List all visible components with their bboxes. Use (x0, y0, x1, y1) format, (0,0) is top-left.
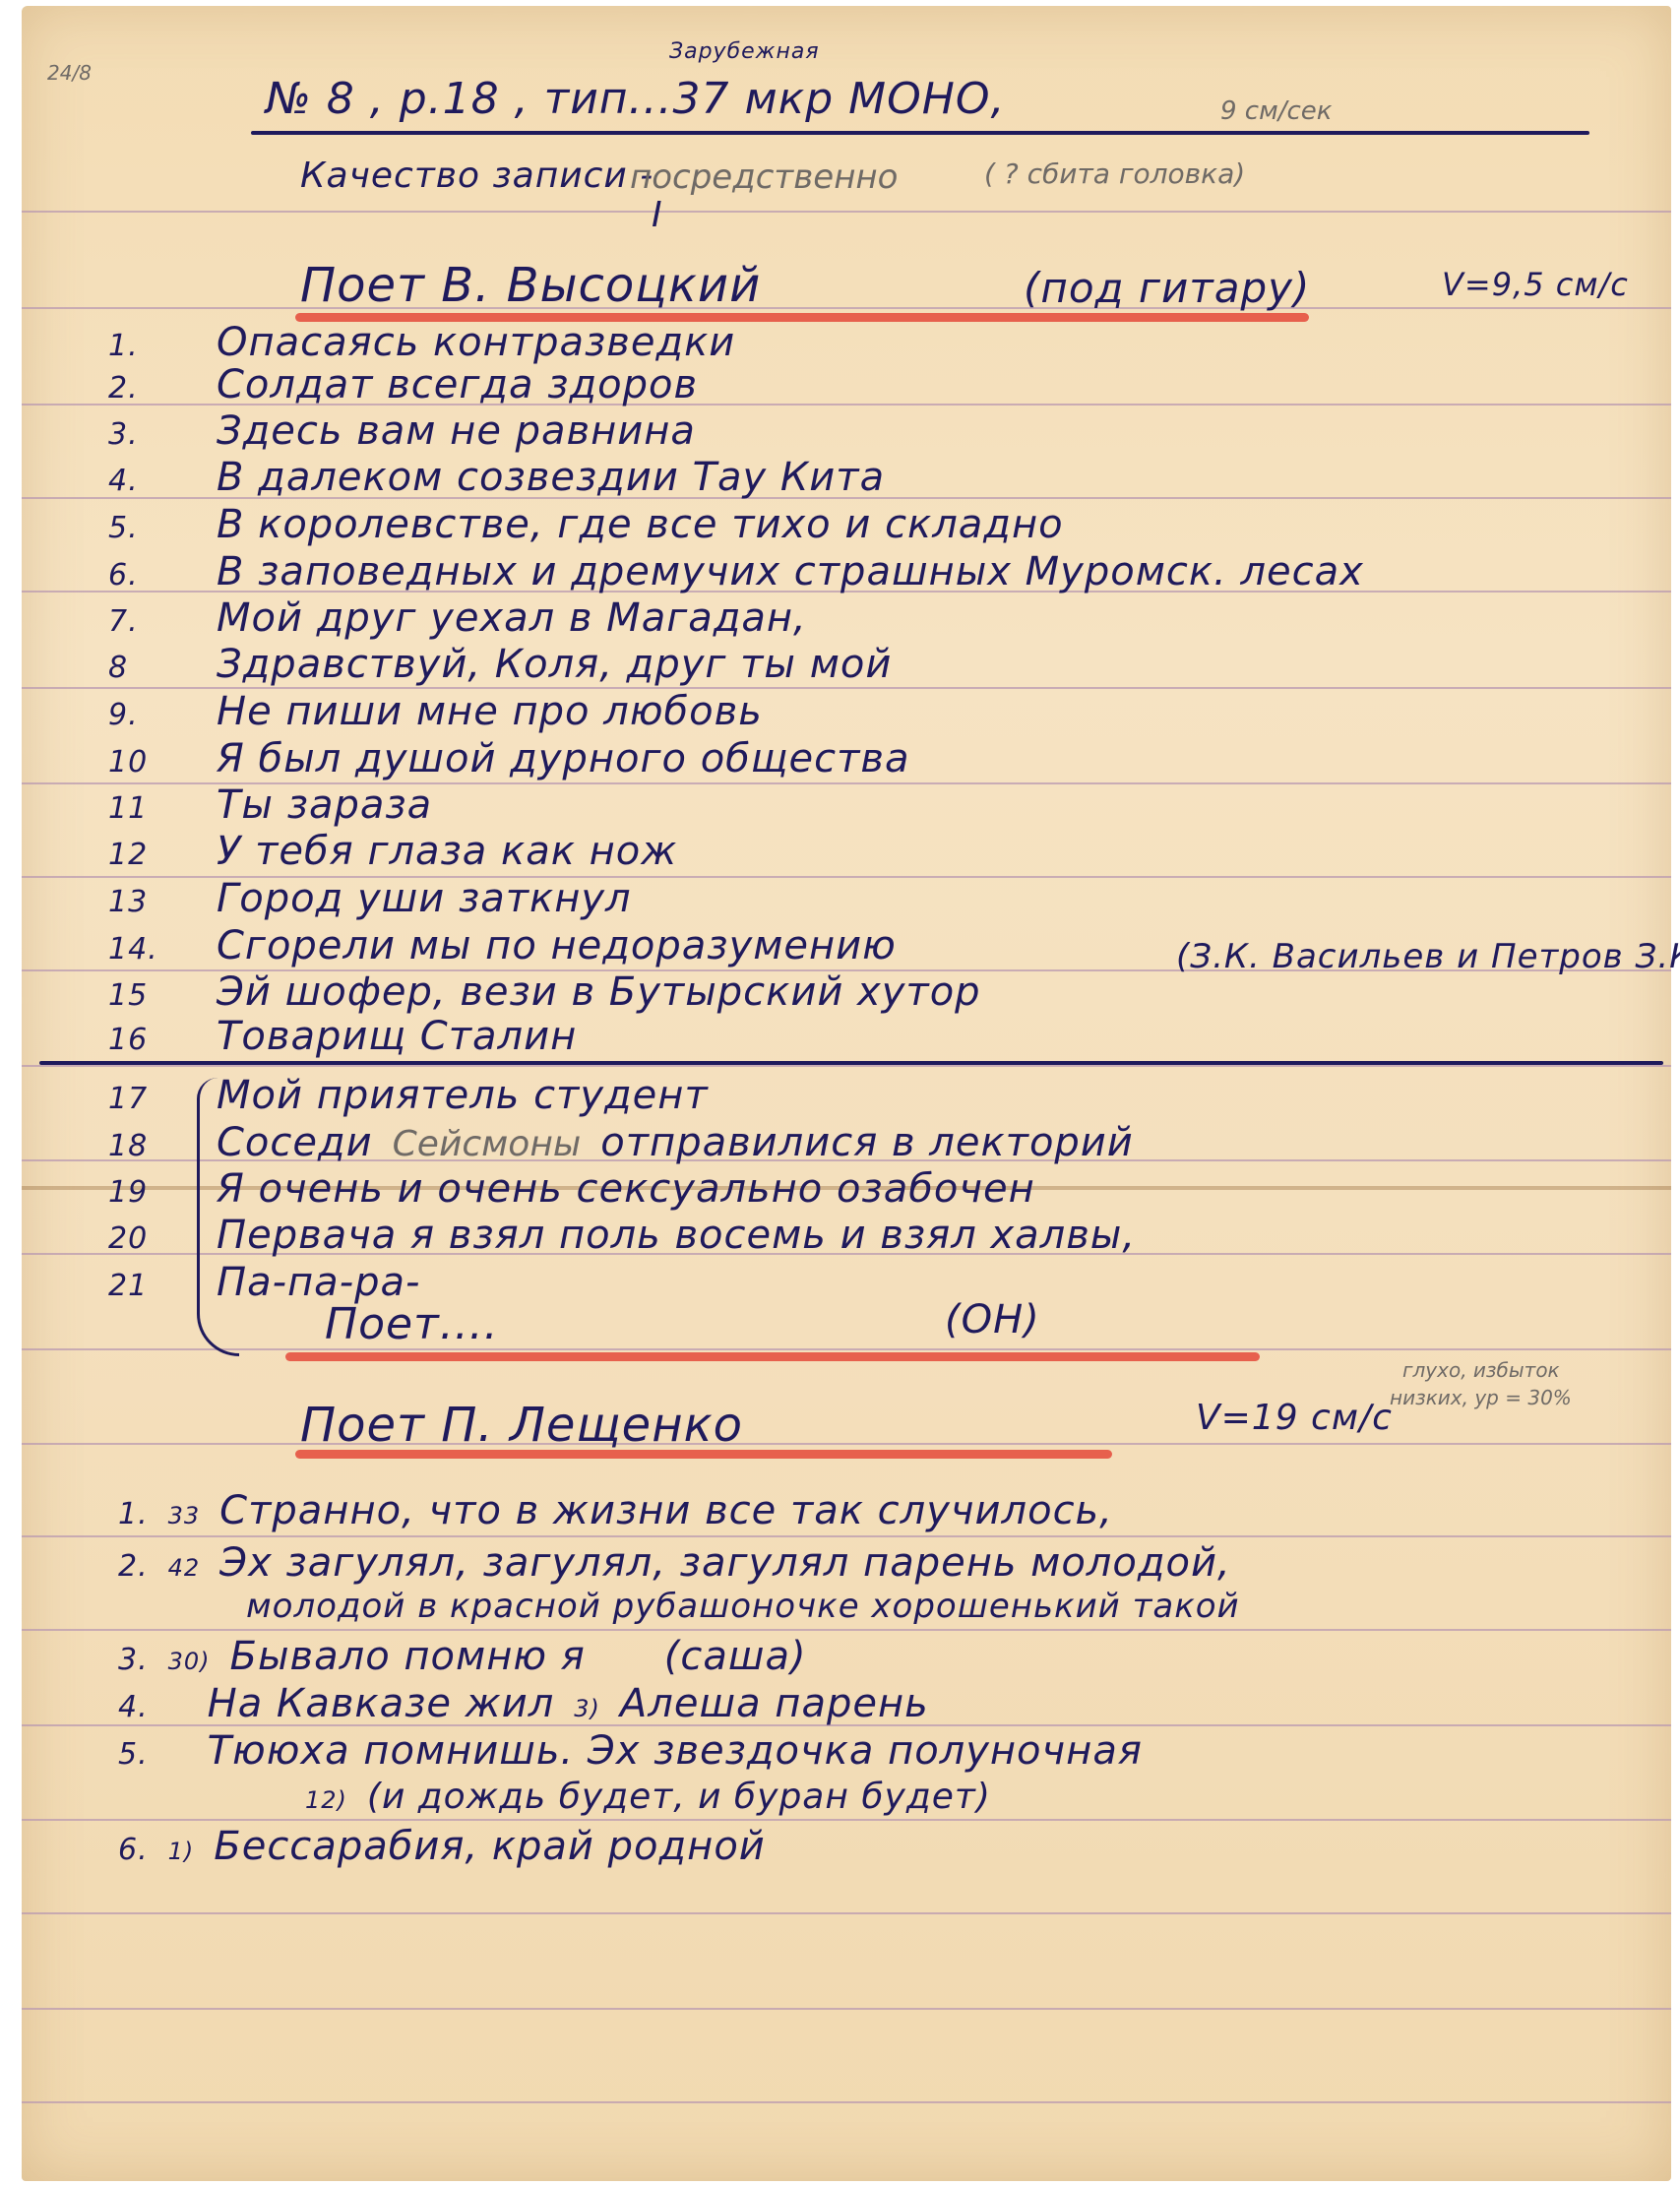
song-number: 8 (108, 651, 197, 685)
section2-heading: Поет П. Лещенко (300, 1398, 743, 1453)
section1-heading: Поет В. Высоцкий (300, 258, 761, 313)
ruled-line (22, 1912, 1671, 1914)
song-item: 6.В заповедных и дремучих страшных Муром… (108, 549, 1364, 594)
song-number: 6. (118, 1833, 149, 1867)
song-title: Первача я взял поль восемь и взял халвы, (217, 1213, 1136, 1258)
ruled-line (22, 1443, 1671, 1445)
song-number: 7. (108, 604, 197, 639)
ruled-line (22, 2008, 1671, 2010)
song-item: 19Я очень и очень сексуально озабочен (108, 1166, 1035, 1212)
song-title: Мой приятель студент (217, 1073, 709, 1118)
song-item: 8Здравствуй, Коля, друг ты мой (108, 642, 892, 687)
song-number: 17 (108, 1082, 197, 1116)
song-title: Соседи (217, 1120, 373, 1165)
song-title: В заповедных и дремучих страшных Муромск… (217, 549, 1364, 594)
song-item: 7.Мой друг уехал в Магадан, (108, 595, 807, 641)
song-title: Эх загулял, загулял, загулял парень моло… (219, 1540, 1231, 1586)
song-item: 10Я был душой дурного общества (108, 736, 910, 781)
song-number: 16 (108, 1023, 197, 1057)
song-title: Опасаясь контразведки (217, 320, 735, 365)
song-item: 4.На Кавказе жил3)Алеша парень (118, 1681, 929, 1726)
song-item: 3.30)Бывало помню я(саша) (118, 1634, 807, 1679)
song-item: 3.Здесь вам не равнина (108, 408, 696, 454)
song-duration: 30) (168, 1648, 211, 1675)
song-number: 2. (118, 1549, 149, 1584)
song-title: Город уши заткнул (217, 876, 632, 921)
song-title: Солдат всегда здоров (217, 362, 698, 407)
song-item: 17Мой приятель студент (108, 1073, 709, 1118)
song-number: 11 (108, 791, 197, 826)
song-number: 1. (118, 1497, 149, 1531)
song-item: 18СоседиСейсмоныотправилися в лекторий (108, 1120, 1134, 1165)
song-duration: 42 (168, 1554, 201, 1582)
song-title: На Кавказе жил (208, 1681, 555, 1726)
ruled-line (22, 1065, 1671, 1067)
song-duration: 12) (305, 1786, 347, 1814)
song-title: молодой в красной рубашоночке хорошеньки… (246, 1587, 1240, 1626)
song-number: 13 (108, 885, 197, 919)
red-underline (295, 1450, 1112, 1459)
ruled-line (22, 1535, 1671, 1537)
song-title: Бывало помню я (230, 1634, 586, 1679)
song-number: 3. (118, 1643, 149, 1677)
song-item: 14.Сгорели мы по недоразумению (108, 923, 897, 968)
song-title: Сгорели мы по недоразумению (217, 923, 897, 968)
section2-speed: V=19 см/с (1196, 1398, 1393, 1438)
song-number: 12 (108, 838, 197, 872)
song-title: Тююха помнишь. Эх звездочка полуночная (208, 1728, 1143, 1774)
song-number: 19 (108, 1175, 197, 1210)
ruled-line (22, 1819, 1671, 1821)
quality-label: Качество записи - (300, 156, 653, 196)
song-title: В королевстве, где все тихо и складно (217, 502, 1064, 547)
song-title: В далеком созвездии Тау Кита (217, 455, 885, 500)
song-item: 6.1)Бессарабия, край родной (118, 1824, 766, 1869)
song-duration: 33 (168, 1502, 201, 1529)
song-title: Странно, что в жизни все так случилось, (219, 1488, 1113, 1533)
song-item: 1.Опасаясь контразведки (108, 320, 735, 365)
song-number: 14. (108, 932, 197, 967)
song-item: 4.В далеком созвездии Тау Кита (108, 455, 885, 500)
song-item: 5.Тююха помнишь. Эх звездочка полуночная (118, 1728, 1143, 1774)
song-number: 3. (108, 417, 197, 452)
song-item: 11Ты зараза (108, 782, 432, 828)
song-note: (З.К. Васильев и Петров З.К) (1176, 937, 1680, 976)
song-item: 1.33Странно, что в жизни все так случило… (118, 1488, 1113, 1533)
song-number: 5. (118, 1737, 149, 1772)
section1-heading-note: (под гитару) (1024, 264, 1310, 312)
song-item: 2.42Эх загулял, загулял, загулял парень … (118, 1540, 1231, 1586)
song-title: Здравствуй, Коля, друг ты мой (217, 642, 892, 687)
section1-speed: V=9,5 см/с (1442, 266, 1629, 303)
song-item: 12)(и дождь будет, и буран будет) (305, 1777, 991, 1817)
ruled-line (22, 1348, 1671, 1350)
song-title: Я был душой дурного общества (217, 736, 910, 781)
song-item: 20Первача я взял поль восемь и взял халв… (108, 1213, 1136, 1258)
song-note: (саша) (664, 1634, 807, 1679)
separator-line (39, 1061, 1663, 1065)
top-annotation: Зарубежная (669, 39, 820, 64)
song-duration: 3) (574, 1695, 600, 1722)
quality-comment: ( ? сбита головка) (984, 157, 1245, 190)
song-number: 18 (108, 1129, 197, 1163)
song-number: 21 (108, 1269, 197, 1303)
ruled-line (22, 211, 1671, 213)
group-footer-note: (ОН) (945, 1297, 1040, 1342)
song-title: Ты зараза (217, 782, 432, 828)
margin-note: глухо, избыток (1402, 1358, 1560, 1382)
song-title: У тебя глаза как нож (217, 829, 677, 874)
ruled-line (22, 1629, 1671, 1631)
pencil-word: Сейсмоны (393, 1124, 582, 1164)
song-item: 12У тебя глаза как нож (108, 829, 677, 874)
ruled-line (22, 2101, 1671, 2103)
song-item: 16Товарищ Сталин (108, 1014, 577, 1059)
quality-value: посредственно (630, 157, 898, 197)
song-number: 9. (108, 698, 197, 732)
section-numeral: I (652, 195, 663, 235)
song-title: Мой друг уехал в Магадан, (217, 595, 807, 641)
song-title: (и дождь будет, и буран будет) (367, 1777, 991, 1817)
song-title-rest: Алеша парень (620, 1681, 929, 1726)
song-title: Товарищ Сталин (217, 1014, 577, 1059)
red-underline (285, 1352, 1260, 1361)
song-title: Бессарабия, край родной (214, 1824, 766, 1869)
song-title: Не пиши мне про любовь (217, 689, 763, 734)
song-number: 4. (108, 464, 197, 498)
song-number: 5. (108, 511, 197, 545)
header-underline (251, 131, 1589, 135)
song-number: 15 (108, 978, 197, 1013)
song-number: 1. (108, 329, 197, 363)
song-item: 5.В королевстве, где все тихо и складно (108, 502, 1064, 547)
speed-note: 9 см/сек (1220, 96, 1332, 126)
song-number: 10 (108, 745, 197, 780)
margin-note: низких, ур = 30% (1390, 1386, 1572, 1409)
song-duration: 1) (168, 1838, 195, 1865)
group-footer: Поет.... (325, 1299, 499, 1349)
song-number: 2. (108, 371, 197, 406)
song-title: Здесь вам не равнина (217, 408, 696, 454)
tape-line: № 8 , р.18 , тип...37 мкр МОНО, (266, 74, 1005, 124)
song-item: молодой в красной рубашоночке хорошеньки… (246, 1587, 1240, 1626)
song-number: 6. (108, 558, 197, 593)
song-number: 4. (118, 1690, 149, 1724)
song-title: Эй шофер, вези в Бутырский хутор (217, 969, 981, 1015)
song-item: 13Город уши заткнул (108, 876, 632, 921)
corner-note: 24/8 (47, 61, 92, 85)
song-number: 20 (108, 1221, 197, 1256)
song-item: 15Эй шофер, вези в Бутырский хутор (108, 969, 981, 1015)
song-item: 9.Не пиши мне про любовь (108, 689, 763, 734)
song-title: Я очень и очень сексуально озабочен (217, 1166, 1035, 1212)
song-title-rest: отправилися в лекторий (600, 1120, 1134, 1165)
ruled-line (22, 307, 1671, 309)
song-item: 2.Солдат всегда здоров (108, 362, 698, 407)
